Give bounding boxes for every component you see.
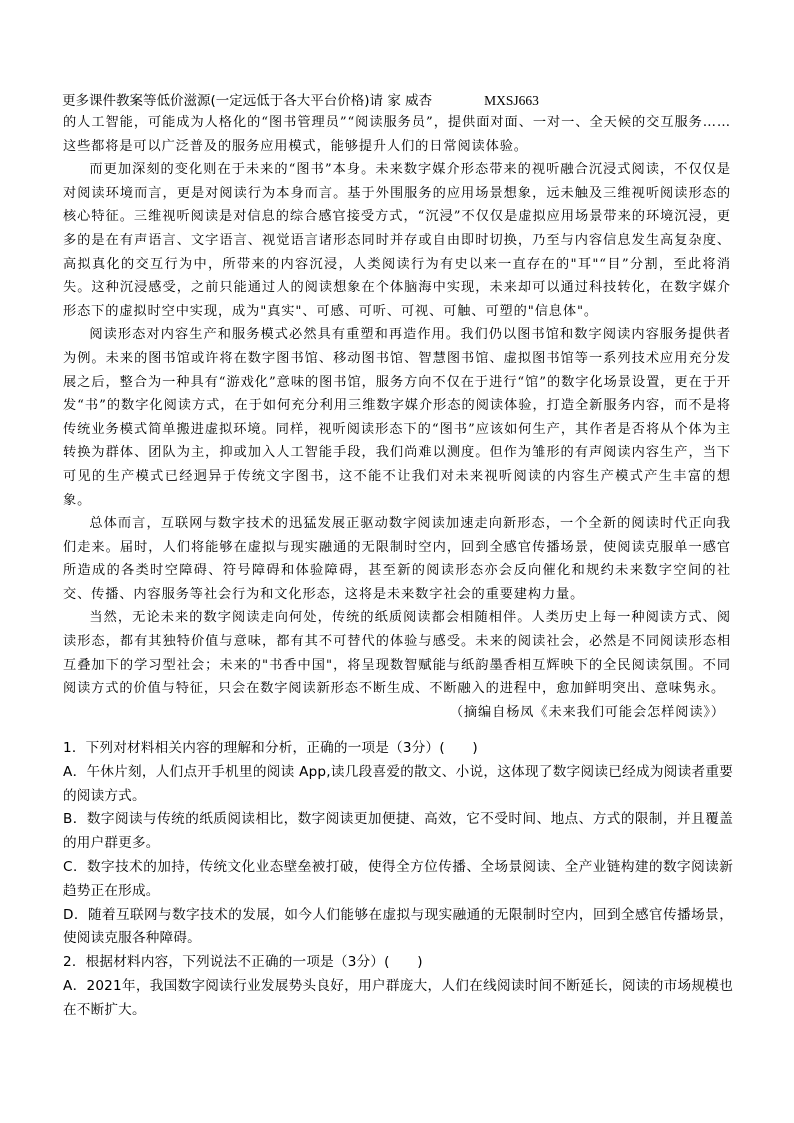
article-paragraph: 的人工智能，可能成为人格化的“图书管理员”“阅读服务员”，提供面对面、一对一、全…: [63, 111, 731, 158]
page-header: 更多课件教案等低价滋源(一定远低于各大平台价格)请 家 威杏MXSJ663: [62, 89, 539, 109]
article-paragraph: 阅读形态对内容生产和服务模式必然具有重塑和再造作用。我们仍以图书馆和数字阅读内容…: [63, 323, 731, 512]
header-notice: 更多课件教案等低价滋源(一定远低于各大平台价格)请 家 威杏: [62, 93, 432, 109]
header-code: MXSJ663: [484, 93, 539, 108]
question-1-option-b: B．数字阅读与传统的纸质阅读相比，数字阅读更加便捷、高效，它不受时间、地点、方式…: [63, 808, 733, 856]
question-section: 1．下列对材料相关内容的理解和分析，正确的一项是（3分）( ) A．午休片刻，人…: [63, 737, 733, 1023]
article-source: （摘编自杨凤《未来我们可能会怎样阅读》）: [63, 701, 731, 725]
article-paragraph: 总体而言，互联网与数字技术的迅猛发展正驱动数字阅读加速走向新形态，一个全新的阅读…: [63, 512, 731, 606]
article-body: 的人工智能，可能成为人格化的“图书管理员”“阅读服务员”，提供面对面、一对一、全…: [63, 111, 731, 724]
article-paragraph: 当然，无论未来的数字阅读走向何处，传统的纸质阅读都会相随相伴。人类历史上每一种阅…: [63, 606, 731, 700]
question-1-option-d: D．随着互联网与数字技术的发展，如今人们能够在虚拟与现实融通的无限制时空内，回到…: [63, 904, 733, 952]
question-1-option-a: A．午休片刻，人们点开手机里的阅读 App,读几段喜爱的散文、小说，这体现了数字…: [63, 761, 733, 809]
document-page: 更多课件教案等低价滋源(一定远低于各大平台价格)请 家 威杏MXSJ663 的人…: [0, 0, 794, 1123]
article-paragraph: 而更加深刻的变化则在于未来的“图书”本身。未来数字媒介形态带来的视听融合沉浸式阅…: [63, 158, 731, 323]
question-2-option-a: A．2021年，我国数字阅读行业发展势头良好，用户群庞大，人们在线阅读时间不断延…: [63, 975, 733, 1023]
question-1-option-c: C．数字技术的加持，传统文化业态壁垒被打破，使得全方位传播、全场景阅读、全产业链…: [63, 856, 733, 904]
question-2-stem: 2．根据材料内容，下列说法不正确的一项是（3分）( ): [63, 951, 733, 975]
question-1-stem: 1．下列对材料相关内容的理解和分析，正确的一项是（3分）( ): [63, 737, 733, 761]
